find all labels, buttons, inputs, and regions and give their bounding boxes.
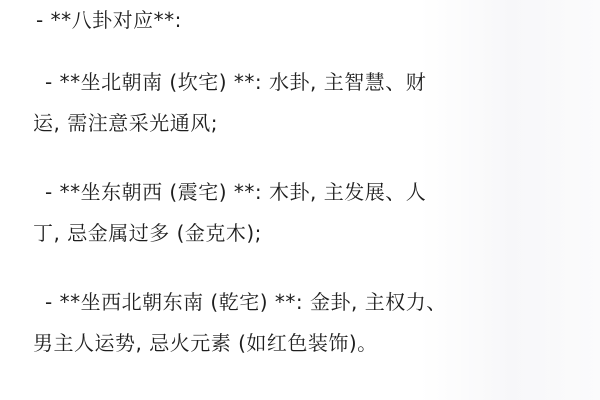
list-item-line: 运, 需注意采光通风;: [33, 110, 218, 136]
list-item-line: 男主人运势, 忌火元素 (如红色装饰)。: [33, 330, 378, 356]
list-item-line: 丁, 忌金属过多 (金克木);: [33, 220, 262, 246]
list-item-line: - **坐东朝西 (震宅) **: 木卦, 主发展、人: [45, 179, 426, 205]
list-item-line: - **坐北朝南 (坎宅) **: 水卦, 主智慧、财: [45, 69, 426, 95]
list-item-line: - **坐西北朝东南 (乾宅) **: 金卦, 主权力、: [45, 289, 447, 315]
section-header: - **八卦对应**:: [36, 7, 182, 33]
